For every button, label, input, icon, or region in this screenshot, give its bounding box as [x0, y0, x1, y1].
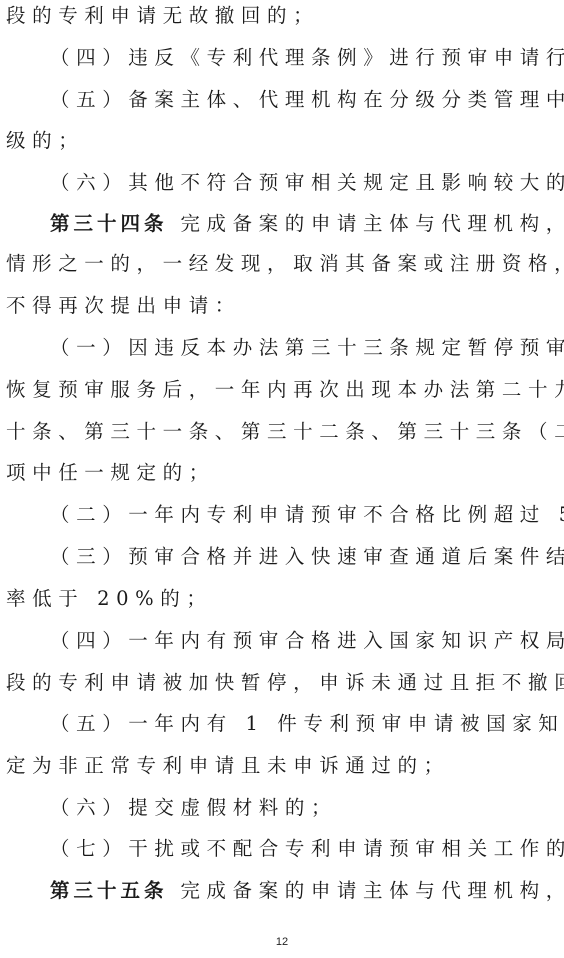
page-number: 12 — [0, 936, 564, 948]
text-line: 定为非正常专利申请且未申诉通过的； — [6, 751, 450, 781]
text-line: 十条、第三十一条、第三十二条、第三十三条（二）、（三） — [6, 417, 564, 447]
article-text: 完成备案的申请主体与代理机构，有下列 — [180, 879, 564, 902]
text-line: 率低于 20%的； — [6, 584, 212, 614]
article-35-line: 第三十五条 完成备案的申请主体与代理机构，有下列 — [50, 876, 564, 906]
text-line: 段的专利申请被加快暂停，申诉未通过且拒不撤回的； — [6, 668, 564, 698]
clause-item: （五）一年内有 1 件专利预审申请被国家知识产权局认 — [50, 709, 564, 739]
article-heading: 第三十五条 — [50, 879, 168, 902]
clause-item: （六）提交虚假材料的； — [50, 793, 337, 823]
text-line: 级的； — [6, 126, 84, 156]
document-page: 段的专利申请无故撤回的； （四）违反《专利代理条例》进行预审申请行为的； （五）… — [0, 0, 564, 958]
text-line: 段的专利申请无故撤回的； — [6, 1, 319, 31]
text-line: 不得再次提出申请： — [6, 291, 241, 321]
text-line: 恢复预审服务后，一年内再次出现本办法第二十九条、第三 — [6, 375, 564, 405]
text-line: 情形之一的，一经发现，取消其备案或注册资格，且一年内 — [6, 249, 564, 279]
text-line: 项中任一规定的； — [6, 458, 215, 488]
clause-item: （六）其他不符合预审相关规定且影响较大的情形。 — [50, 168, 564, 198]
clause-item: （三）预审合格并进入快速审查通道后案件结案授权 — [50, 542, 564, 572]
clause-item: （二）一年内专利申请预审不合格比例超过 50%的； — [50, 500, 564, 530]
article-34-line: 第三十四条 完成备案的申请主体与代理机构，有下列 — [50, 209, 564, 239]
clause-item: （七）干扰或不配合专利申请预审相关工作的。 — [50, 834, 564, 864]
clause-item: （四）一年内有预审合格进入国家知识产权局审查阶 — [50, 626, 564, 656]
article-heading: 第三十四条 — [50, 212, 168, 235]
article-text: 完成备案的申请主体与代理机构，有下列 — [180, 212, 564, 235]
clause-item: （四）违反《专利代理条例》进行预审申请行为的； — [50, 43, 564, 73]
clause-item: （五）备案主体、代理机构在分级分类管理中被评为D — [50, 85, 564, 115]
clause-item: （一）因违反本办法第三十三条规定暂停预审服务，在 — [50, 333, 564, 363]
